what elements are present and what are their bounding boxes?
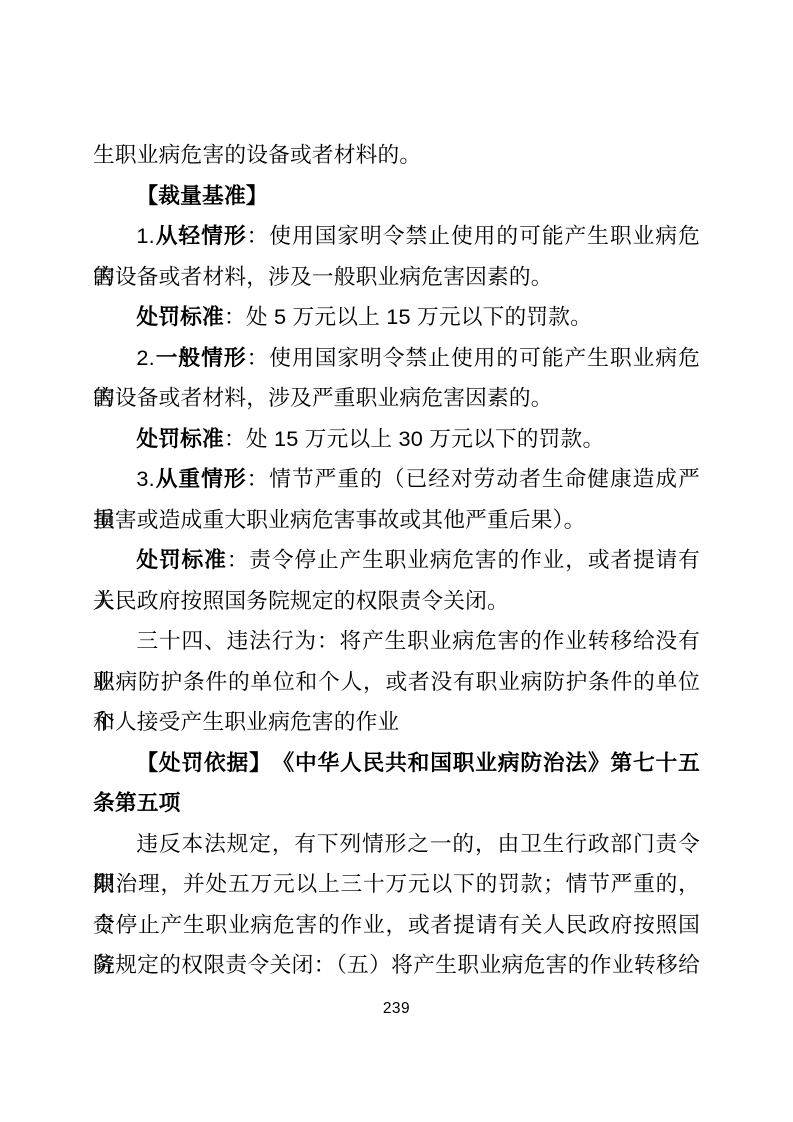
- text-segment: 生职业病危害的设备或者材料的。: [93, 142, 421, 167]
- text-segment: 院规定的权限责令关闭：（五）将产生职业病危害的作业转移给: [93, 952, 700, 977]
- text-segment: 的设备或者材料，涉及一般职业病危害因素的。: [93, 264, 553, 289]
- text-line: 2.一般情形：使用国家明令禁止使用的可能产生职业病危害: [93, 338, 700, 379]
- text-line: 人民政府按照国务院规定的权限责令关闭。: [93, 581, 700, 622]
- text-line: 处罚标准：处 15 万元以上 30 万元以下的罚款。: [93, 419, 700, 460]
- bold-text-segment: 处罚标准: [136, 304, 224, 329]
- text-line: 令停止产生职业病危害的作业，或者提请有关人民政府按照国务: [93, 905, 700, 946]
- text-line: 生职业病危害的设备或者材料的。: [93, 135, 700, 176]
- bold-text-segment: 处罚标准: [136, 426, 224, 451]
- text-line: 【裁量基准】: [93, 176, 700, 217]
- page-number: 239: [93, 1000, 700, 1018]
- text-line: 期治理，并处五万元以上三十万元以下的罚款；情节严重的，责: [93, 864, 700, 905]
- bold-text-segment: 从重情形: [155, 466, 247, 491]
- text-segment: 3.: [136, 466, 155, 491]
- bold-text-segment: 处罚标准: [136, 547, 226, 572]
- text-segment: 1.: [136, 223, 155, 248]
- bold-text-segment: 【裁量基准】: [136, 183, 267, 208]
- bold-text-segment: 从轻情形: [155, 223, 247, 248]
- text-segment: 2.: [136, 345, 155, 370]
- text-line: 3.从重情形：情节严重的（已经对劳动者生命健康造成严重: [93, 459, 700, 500]
- text-line: 1.从轻情形：使用国家明令禁止使用的可能产生职业病危害: [93, 216, 700, 257]
- text-line: 处罚标准：处 5 万元以上 15 万元以下的罚款。: [93, 297, 700, 338]
- text-segment: 人民政府按照国务院规定的权限责令关闭。: [93, 588, 509, 613]
- bold-text-segment: 一般情形: [155, 345, 247, 370]
- document-page: 生职业病危害的设备或者材料的。【裁量基准】1.从轻情形：使用国家明令禁止使用的可…: [0, 0, 793, 1122]
- text-line: 个人接受产生职业病危害的作业: [93, 702, 700, 743]
- text-line: 的设备或者材料，涉及严重职业病危害因素的。: [93, 378, 700, 419]
- text-line: 业病防护条件的单位和个人，或者没有职业病防护条件的单位和: [93, 662, 700, 703]
- text-line: 的设备或者材料，涉及一般职业病危害因素的。: [93, 257, 700, 298]
- text-line: 条第五项: [93, 783, 700, 824]
- text-line: 【处罚依据】 《中华人民共和国职业病防治法》第七十五: [93, 743, 700, 784]
- text-segment: ：处 15 万元以上 30 万元以下的罚款。: [224, 426, 604, 451]
- text-line: 三十四、违法行为：将产生职业病危害的作业转移给没有职: [93, 621, 700, 662]
- text-line: 处罚标准：责令停止产生职业病危害的作业，或者提请有关: [93, 540, 700, 581]
- text-segment: 个人接受产生职业病危害的作业: [93, 709, 399, 734]
- text-line: 损害或造成重大职业病危害事故或其他严重后果）。: [93, 500, 700, 541]
- bold-text-segment: 【处罚依据】 《中华人民共和国职业病防治法》第七十五: [136, 750, 700, 775]
- text-line: 院规定的权限责令关闭：（五）将产生职业病危害的作业转移给: [93, 945, 700, 986]
- text-segment: ：处 5 万元以上 15 万元以下的罚款。: [224, 304, 592, 329]
- text-segment: 损害或造成重大职业病危害事故或其他严重后果）。: [93, 507, 586, 532]
- text-line: 违反本法规定，有下列情形之一的，由卫生行政部门责令限: [93, 824, 700, 865]
- document-body: 生职业病危害的设备或者材料的。【裁量基准】1.从轻情形：使用国家明令禁止使用的可…: [93, 135, 700, 986]
- bold-text-segment: 条第五项: [93, 790, 181, 815]
- text-segment: 的设备或者材料，涉及严重职业病危害因素的。: [93, 385, 553, 410]
